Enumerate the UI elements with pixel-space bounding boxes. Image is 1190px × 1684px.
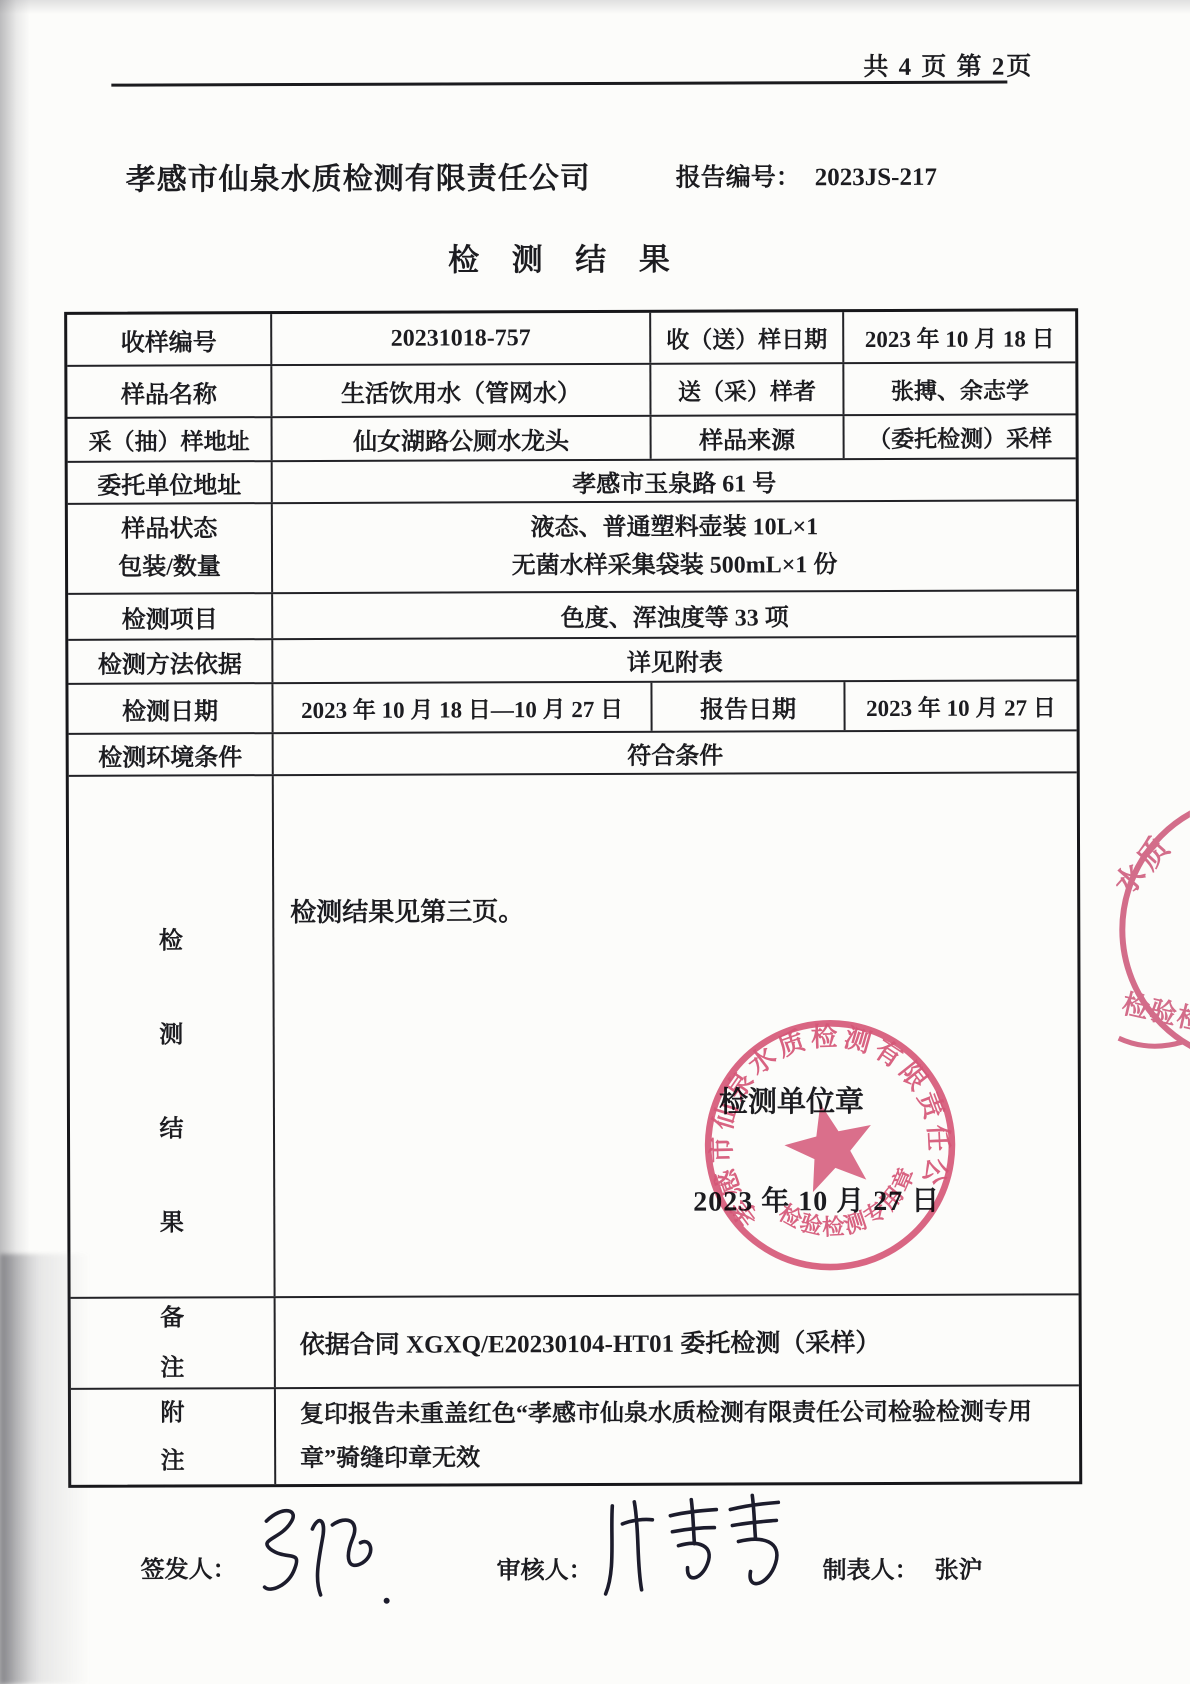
sample-name-value: 生活饮用水（管网水） — [272, 365, 651, 416]
scan-edge-shadow-top — [0, 0, 1190, 14]
table-row: 收样编号 20231018-757 收（送）样日期 2023 年 10 月 18… — [67, 311, 1075, 367]
report-date-value: 2023 年 10 月 27 日 — [845, 681, 1076, 730]
test-date-label: 检测日期 — [68, 684, 273, 733]
table-row: 样品状态 包装/数量 液态、普通塑料壶装 10L×1 无菌水样采集袋装 500m… — [68, 501, 1076, 595]
seam-seal-text-bottom: 检验检 — [1119, 989, 1190, 1037]
client-address-value: 孝感市玉泉路 61 号 — [273, 459, 1076, 502]
seam-seal: 水质 检验检 — [1116, 790, 1190, 1066]
header-rule — [111, 81, 1007, 87]
table-row: 附 注 复印报告未重盖红色“孝感市仙泉水质检测有限责任公司检验检测专用章”骑缝印… — [71, 1386, 1079, 1485]
receive-date-label: 收（送）样日期 — [651, 312, 844, 363]
note-value: 复印报告未重盖红色“孝感市仙泉水质检测有限责任公司检验检测专用章”骑缝印章无效 — [276, 1386, 1079, 1484]
report-number: 报告编号：2023JS-217 — [676, 157, 937, 194]
env-value: 符合条件 — [274, 731, 1077, 774]
table-row: 委托单位地址 孝感市玉泉路 61 号 — [68, 459, 1076, 505]
document-title: 检 测 结 果 — [0, 232, 1160, 281]
table-row: 检测日期 2023 年 10 月 18 日—10 月 27 日 报告日期 202… — [68, 681, 1076, 735]
seam-seal-inner-arc — [1119, 1038, 1183, 1046]
table-row: 检测项目 色度、浑浊度等 33 项 — [68, 591, 1076, 641]
issuer-label: 签发人： — [140, 1549, 236, 1584]
note-label: 附 注 — [71, 1389, 276, 1485]
report-number-label: 报告编号： — [676, 164, 801, 191]
result-section-label: 检 测 结 果 — [69, 776, 276, 1297]
page-indicator: 共 4 页 第 2页 — [863, 46, 1033, 83]
remark-label: 备 注 — [71, 1298, 276, 1388]
results-table: 收样编号 20231018-757 收（送）样日期 2023 年 10 月 18… — [64, 308, 1082, 1488]
test-items-value: 色度、浑浊度等 33 项 — [273, 591, 1076, 638]
sample-state-line1: 液态、普通塑料壶装 10L×1 — [531, 514, 819, 541]
sample-state-label-line2: 包装/数量 — [118, 554, 221, 581]
seal-star-icon — [777, 1094, 883, 1197]
reviewer-signature — [594, 1487, 804, 1608]
client-address-label: 委托单位地址 — [68, 462, 273, 503]
sample-name-label: 样品名称 — [67, 366, 272, 417]
scan-edge-shadow-corner — [0, 1254, 90, 1684]
preparer-name: 张沪 — [934, 1550, 982, 1585]
receipt-no-label: 收样编号 — [67, 314, 272, 365]
table-row: 样品名称 生活饮用水（管网水） 送（采）样者 张搏、余志学 — [67, 363, 1075, 419]
sample-source-label: 样品来源 — [652, 416, 845, 459]
company-name: 孝感市仙泉水质检测有限责任公司 — [126, 153, 591, 199]
sample-state-label: 样品状态 包装/数量 — [68, 504, 273, 593]
reviewer-label: 审核人： — [496, 1550, 592, 1585]
issuer-signature — [236, 1497, 401, 1613]
test-items-label: 检测项目 — [68, 594, 273, 639]
table-row: 备 注 依据合同 XGXQ/E20230104-HT01 委托检测（采样） — [71, 1295, 1079, 1390]
report-number-value: 2023JS-217 — [815, 164, 937, 191]
sample-state-value: 液态、普通塑料壶装 10L×1 无菌水样采集袋装 500mL×1 份 — [273, 501, 1076, 592]
sampler-value: 张搏、余志学 — [844, 363, 1075, 414]
table-row: 检测方法依据 详见附表 — [68, 637, 1076, 685]
receipt-no-value: 20231018-757 — [272, 313, 651, 364]
sample-state-line2: 无菌水样采集袋装 500mL×1 份 — [512, 552, 838, 580]
table-row: 检测环境条件 符合条件 — [69, 731, 1077, 777]
table-row: 采（抽）样地址 仙女湖路公厕水龙头 样品来源 （委托检测）采样 — [68, 415, 1076, 463]
sample-state-label-line1: 样品状态 — [121, 516, 217, 543]
sampling-address-label: 采（抽）样地址 — [68, 418, 273, 461]
remark-value: 依据合同 XGXQ/E20230104-HT01 委托检测（采样） — [276, 1295, 1079, 1387]
method-value: 详见附表 — [273, 637, 1076, 682]
test-date-value: 2023 年 10 月 18 日—10 月 27 日 — [273, 683, 652, 732]
method-label: 检测方法依据 — [68, 640, 273, 683]
scanned-report-page: 共 4 页 第 2页 孝感市仙泉水质检测有限责任公司 报告编号：2023JS-2… — [0, 0, 1190, 1684]
receive-date-value: 2023 年 10 月 18 日 — [844, 311, 1075, 362]
report-date-label: 报告日期 — [652, 682, 845, 731]
sample-source-value: （委托检测）采样 — [845, 415, 1076, 458]
sampling-address-value: 仙女湖路公厕水龙头 — [273, 417, 652, 460]
seam-seal-text-top: 水质 — [1116, 828, 1180, 902]
preparer-label: 制表人： — [822, 1550, 918, 1585]
page-content: 共 4 页 第 2页 孝感市仙泉水质检测有限责任公司 报告编号：2023JS-2… — [0, 0, 1190, 1684]
sampler-label: 送（采）样者 — [651, 364, 844, 415]
env-label: 检测环境条件 — [69, 734, 274, 775]
